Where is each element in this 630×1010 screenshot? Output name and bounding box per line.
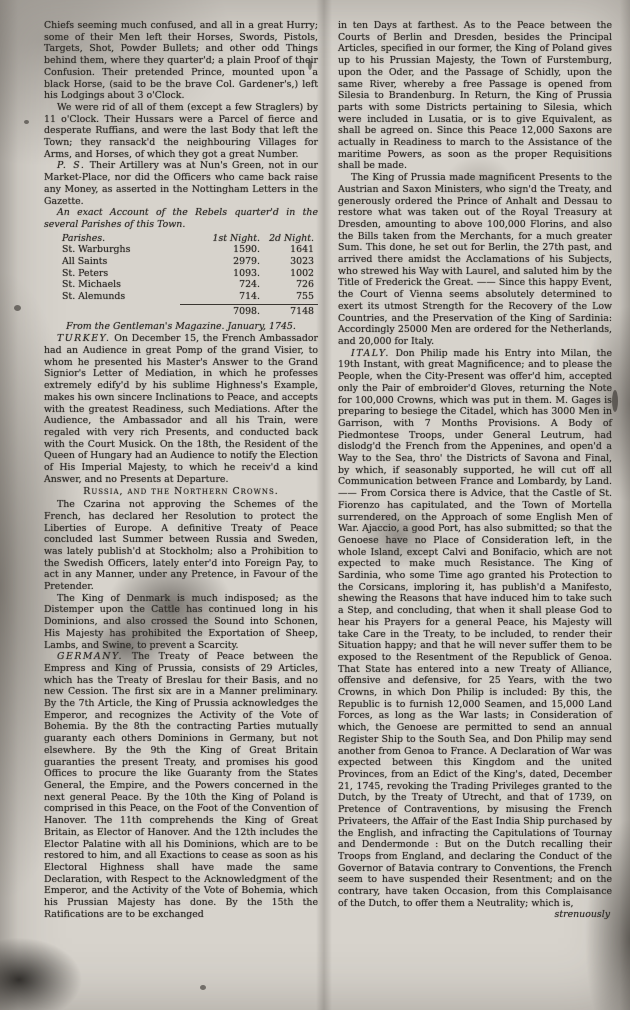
postscript-lead: P. S.: [57, 160, 85, 171]
table-row: St. Michaels 724. 726: [44, 279, 318, 291]
night1-total: 7098.: [180, 304, 260, 318]
paragraph-chiefs-confused: Chiefs seeming much confused, and all in…: [44, 20, 318, 102]
ink-speck: [24, 120, 29, 124]
night2-count: 1641: [260, 244, 318, 256]
night2-count: 1002: [260, 268, 318, 280]
table-row: St. Warburghs 1590. 1641: [44, 244, 318, 256]
italy-text: Don Philip made his Entry into Milan, th…: [338, 348, 612, 909]
paragraph-italy: ITALY. Don Philip made his Entry into Mi…: [338, 348, 612, 910]
paragraph-czarina: The Czarina not approving the Schemes of…: [44, 499, 318, 593]
night1-count: 1590.: [180, 244, 260, 256]
text-columns: Chiefs seeming much confused, and all in…: [44, 20, 612, 921]
night1-count: 724.: [180, 279, 260, 291]
parish-name: St. Michaels: [44, 279, 180, 291]
ink-speck: [612, 390, 618, 412]
germany-section-lead: GERMANY.: [57, 651, 123, 662]
russia-section-heading: Russia, and the Northern Crowns.: [44, 486, 318, 498]
table-row: All Saints 2979. 3023: [44, 256, 318, 268]
source-heading: From the Gentleman's Magazine. January, …: [44, 321, 318, 333]
paragraph-denmark: The King of Denmark is much indisposed; …: [44, 593, 318, 652]
parish-name: St. Alemunds: [44, 291, 180, 303]
night2-total: 7148: [260, 304, 318, 318]
postscript-text: Their Artillery was at Nun's Green, not …: [44, 160, 318, 206]
paragraph-postscript: P. S. Their Artillery was at Nun's Green…: [44, 160, 318, 207]
right-column: in ten Days at farthest. As to the Peace…: [338, 20, 612, 921]
italy-section-lead: ITALY.: [351, 348, 390, 359]
parish-table: Parishes. 1st Night. 2d Night. St. Warbu…: [44, 233, 318, 318]
paragraph-turkey: TURKEY. On December 15, the French Ambas…: [44, 333, 318, 485]
table-row: St. Alemunds 714. 755: [44, 291, 318, 303]
table-totals-row: 7098. 7148: [44, 303, 318, 318]
ink-speck: [14, 305, 21, 311]
ink-speck: [200, 985, 206, 990]
header-first-night: 1st Night.: [180, 233, 260, 245]
paragraph-rid-of-them: We were rid of all of them (except a few…: [44, 102, 318, 161]
catchword: strenuously: [338, 909, 612, 921]
totals-spacer: [44, 303, 180, 318]
turkey-text: On December 15, the French Ambassador ha…: [44, 333, 318, 484]
night1-count: 714.: [180, 291, 260, 303]
germany-text: The Treaty of Peace between the Empress …: [44, 651, 318, 919]
paragraph-berlin-dresden-peace: in ten Days at farthest. As to the Peace…: [338, 20, 612, 172]
left-column: Chiefs seeming much confused, and all in…: [44, 20, 318, 921]
header-second-night: 2d Night.: [260, 233, 318, 245]
night1-count: 2979.: [180, 256, 260, 268]
night2-count: 3023: [260, 256, 318, 268]
parish-name: St. Peters: [44, 268, 180, 280]
paragraph-germany: GERMANY. The Treaty of Peace between the…: [44, 651, 318, 920]
parish-name: St. Warburghs: [44, 244, 180, 256]
turkey-section-lead: TURKEY.: [57, 333, 111, 344]
scanned-document-page: Chiefs seeming much confused, and all in…: [0, 0, 630, 1010]
night1-count: 1093.: [180, 268, 260, 280]
night2-count: 726: [260, 279, 318, 291]
header-parishes: Parishes.: [44, 233, 180, 245]
paragraph-account-intro: An exact Account of the Rebels quarter'd…: [44, 207, 318, 230]
parish-name: All Saints: [44, 256, 180, 268]
table-row: St. Peters 1093. 1002: [44, 268, 318, 280]
night2-count: 755: [260, 291, 318, 303]
paragraph-prussia-presents: The King of Prussia made magnificent Pre…: [338, 172, 612, 348]
parish-table-header: Parishes. 1st Night. 2d Night.: [44, 233, 318, 245]
